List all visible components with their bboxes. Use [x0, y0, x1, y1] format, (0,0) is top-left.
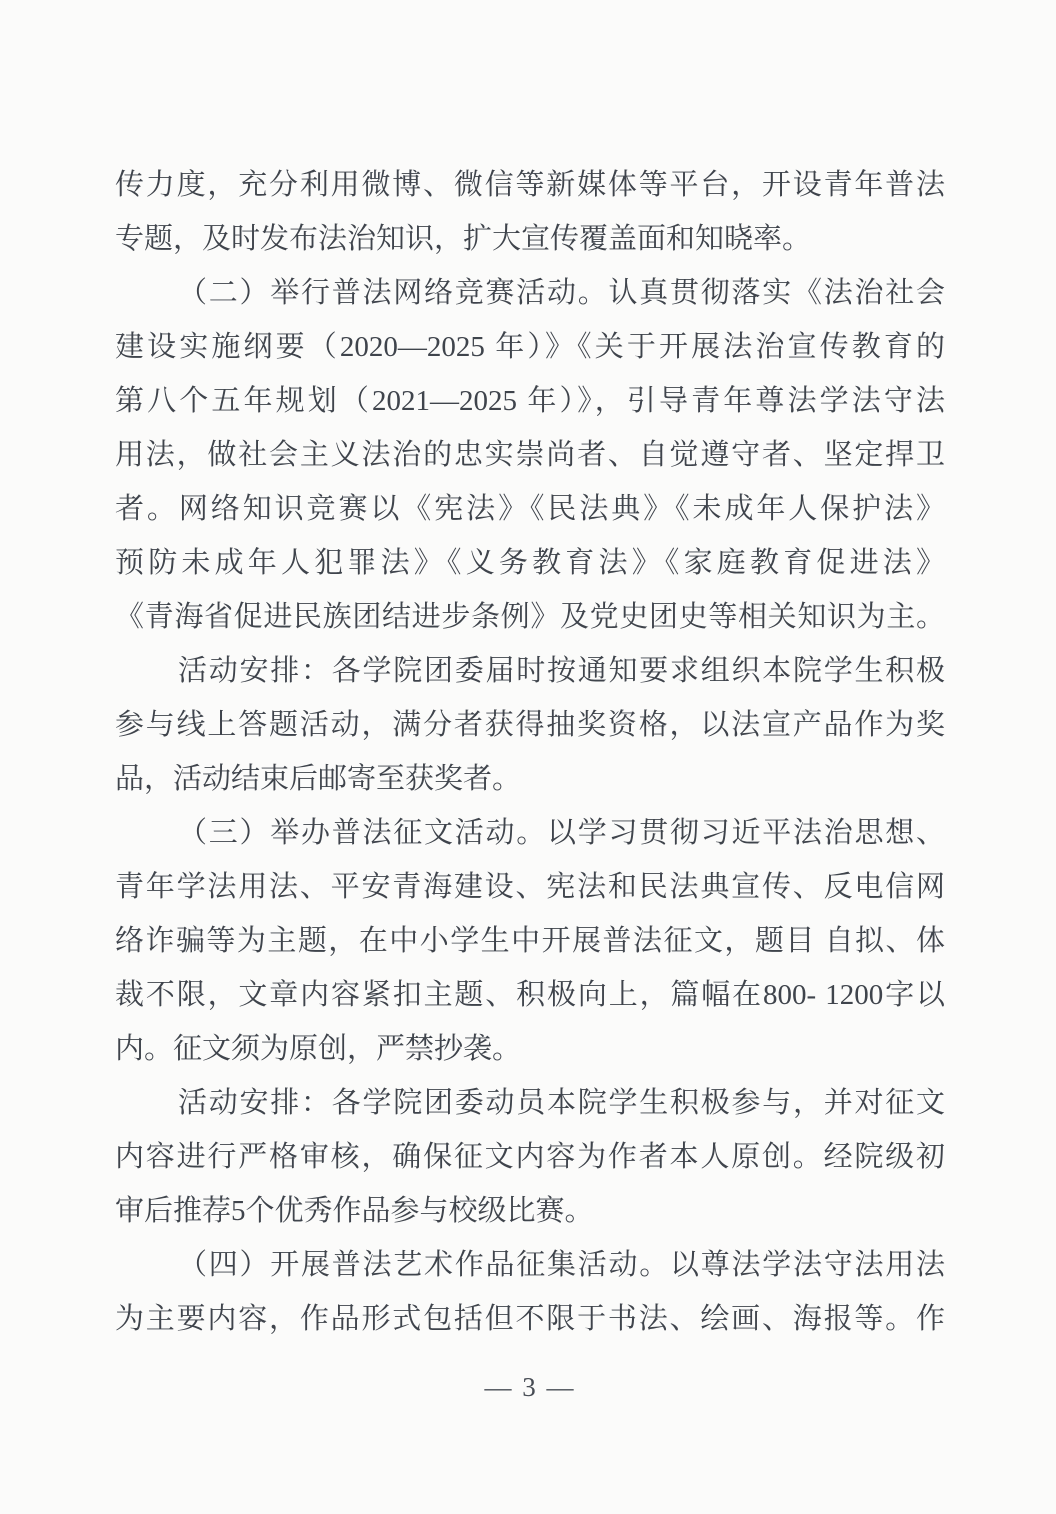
text-line: 传力度，充分利用微博、微信等新媒体等平台，开设青年普法	[115, 158, 945, 212]
text-line: 青年学法用法、平安青海建设、宪法和民法典宣传、反电信网	[115, 860, 945, 914]
text-line: 品，活动结束后邮寄至获奖者。	[115, 752, 945, 806]
scanned-document-page: 传力度，充分利用微博、微信等新媒体等平台，开设青年普法 专题，及时发布法治知识，…	[0, 0, 1056, 1514]
text-line: 者。网络知识竞赛以《宪法》《民法典》《未成年人保护法》	[115, 482, 945, 536]
page-number: — 3 —	[115, 1372, 945, 1403]
text-line: 第八个五年规划（2021—2025 年）》，引导青年尊法学法守法	[115, 374, 945, 428]
text-line: 专题，及时发布法治知识，扩大宣传覆盖面和知晓率。	[115, 212, 945, 266]
activity-arrangement-line: 活动安排：各学院团委动员本院学生积极参与，并对征文	[115, 1076, 945, 1130]
section-heading-line-3: （三）举办普法征文活动。以学习贯彻习近平法治思想、	[115, 806, 945, 860]
text-line: 内容进行严格审核，确保征文内容为作者本人原创。经院级初	[115, 1130, 945, 1184]
text-line: 《青海省促进民族团结进步条例》及党史团史等相关知识为主。	[115, 590, 945, 644]
text-line: 内。征文须为原创，严禁抄袭。	[115, 1022, 945, 1076]
section-heading-line-2: （二）举行普法网络竞赛活动。认真贯彻落实《法治社会	[115, 266, 945, 320]
text-line: 裁不限，文章内容紧扣主题、积极向上，篇幅在800- 1200字以	[115, 968, 945, 1022]
text-line: 用法，做社会主义法治的忠实崇尚者、自觉遵守者、坚定捍卫	[115, 428, 945, 482]
activity-arrangement-line: 活动安排：各学院团委届时按通知要求组织本院学生积极	[115, 644, 945, 698]
text-line: 为主要内容，作品形式包括但不限于书法、绘画、海报等。作	[115, 1292, 945, 1346]
text-line: 建设实施纲要（2020—2025 年）》《关于开展法治宣传教育的	[115, 320, 945, 374]
document-body-text: 传力度，充分利用微博、微信等新媒体等平台，开设青年普法 专题，及时发布法治知识，…	[115, 158, 945, 1346]
text-line: 审后推荐5个优秀作品参与校级比赛。	[115, 1184, 945, 1238]
text-line: 络诈骗等为主题，在中小学生中开展普法征文，题目 自拟、体	[115, 914, 945, 968]
section-heading-line-4: （四）开展普法艺术作品征集活动。以尊法学法守法用法	[115, 1238, 945, 1292]
text-line: 参与线上答题活动，满分者获得抽奖资格，以法宣产品作为奖	[115, 698, 945, 752]
text-line: 预防未成年人犯罪法》《义务教育法》《家庭教育促进法》	[115, 536, 945, 590]
